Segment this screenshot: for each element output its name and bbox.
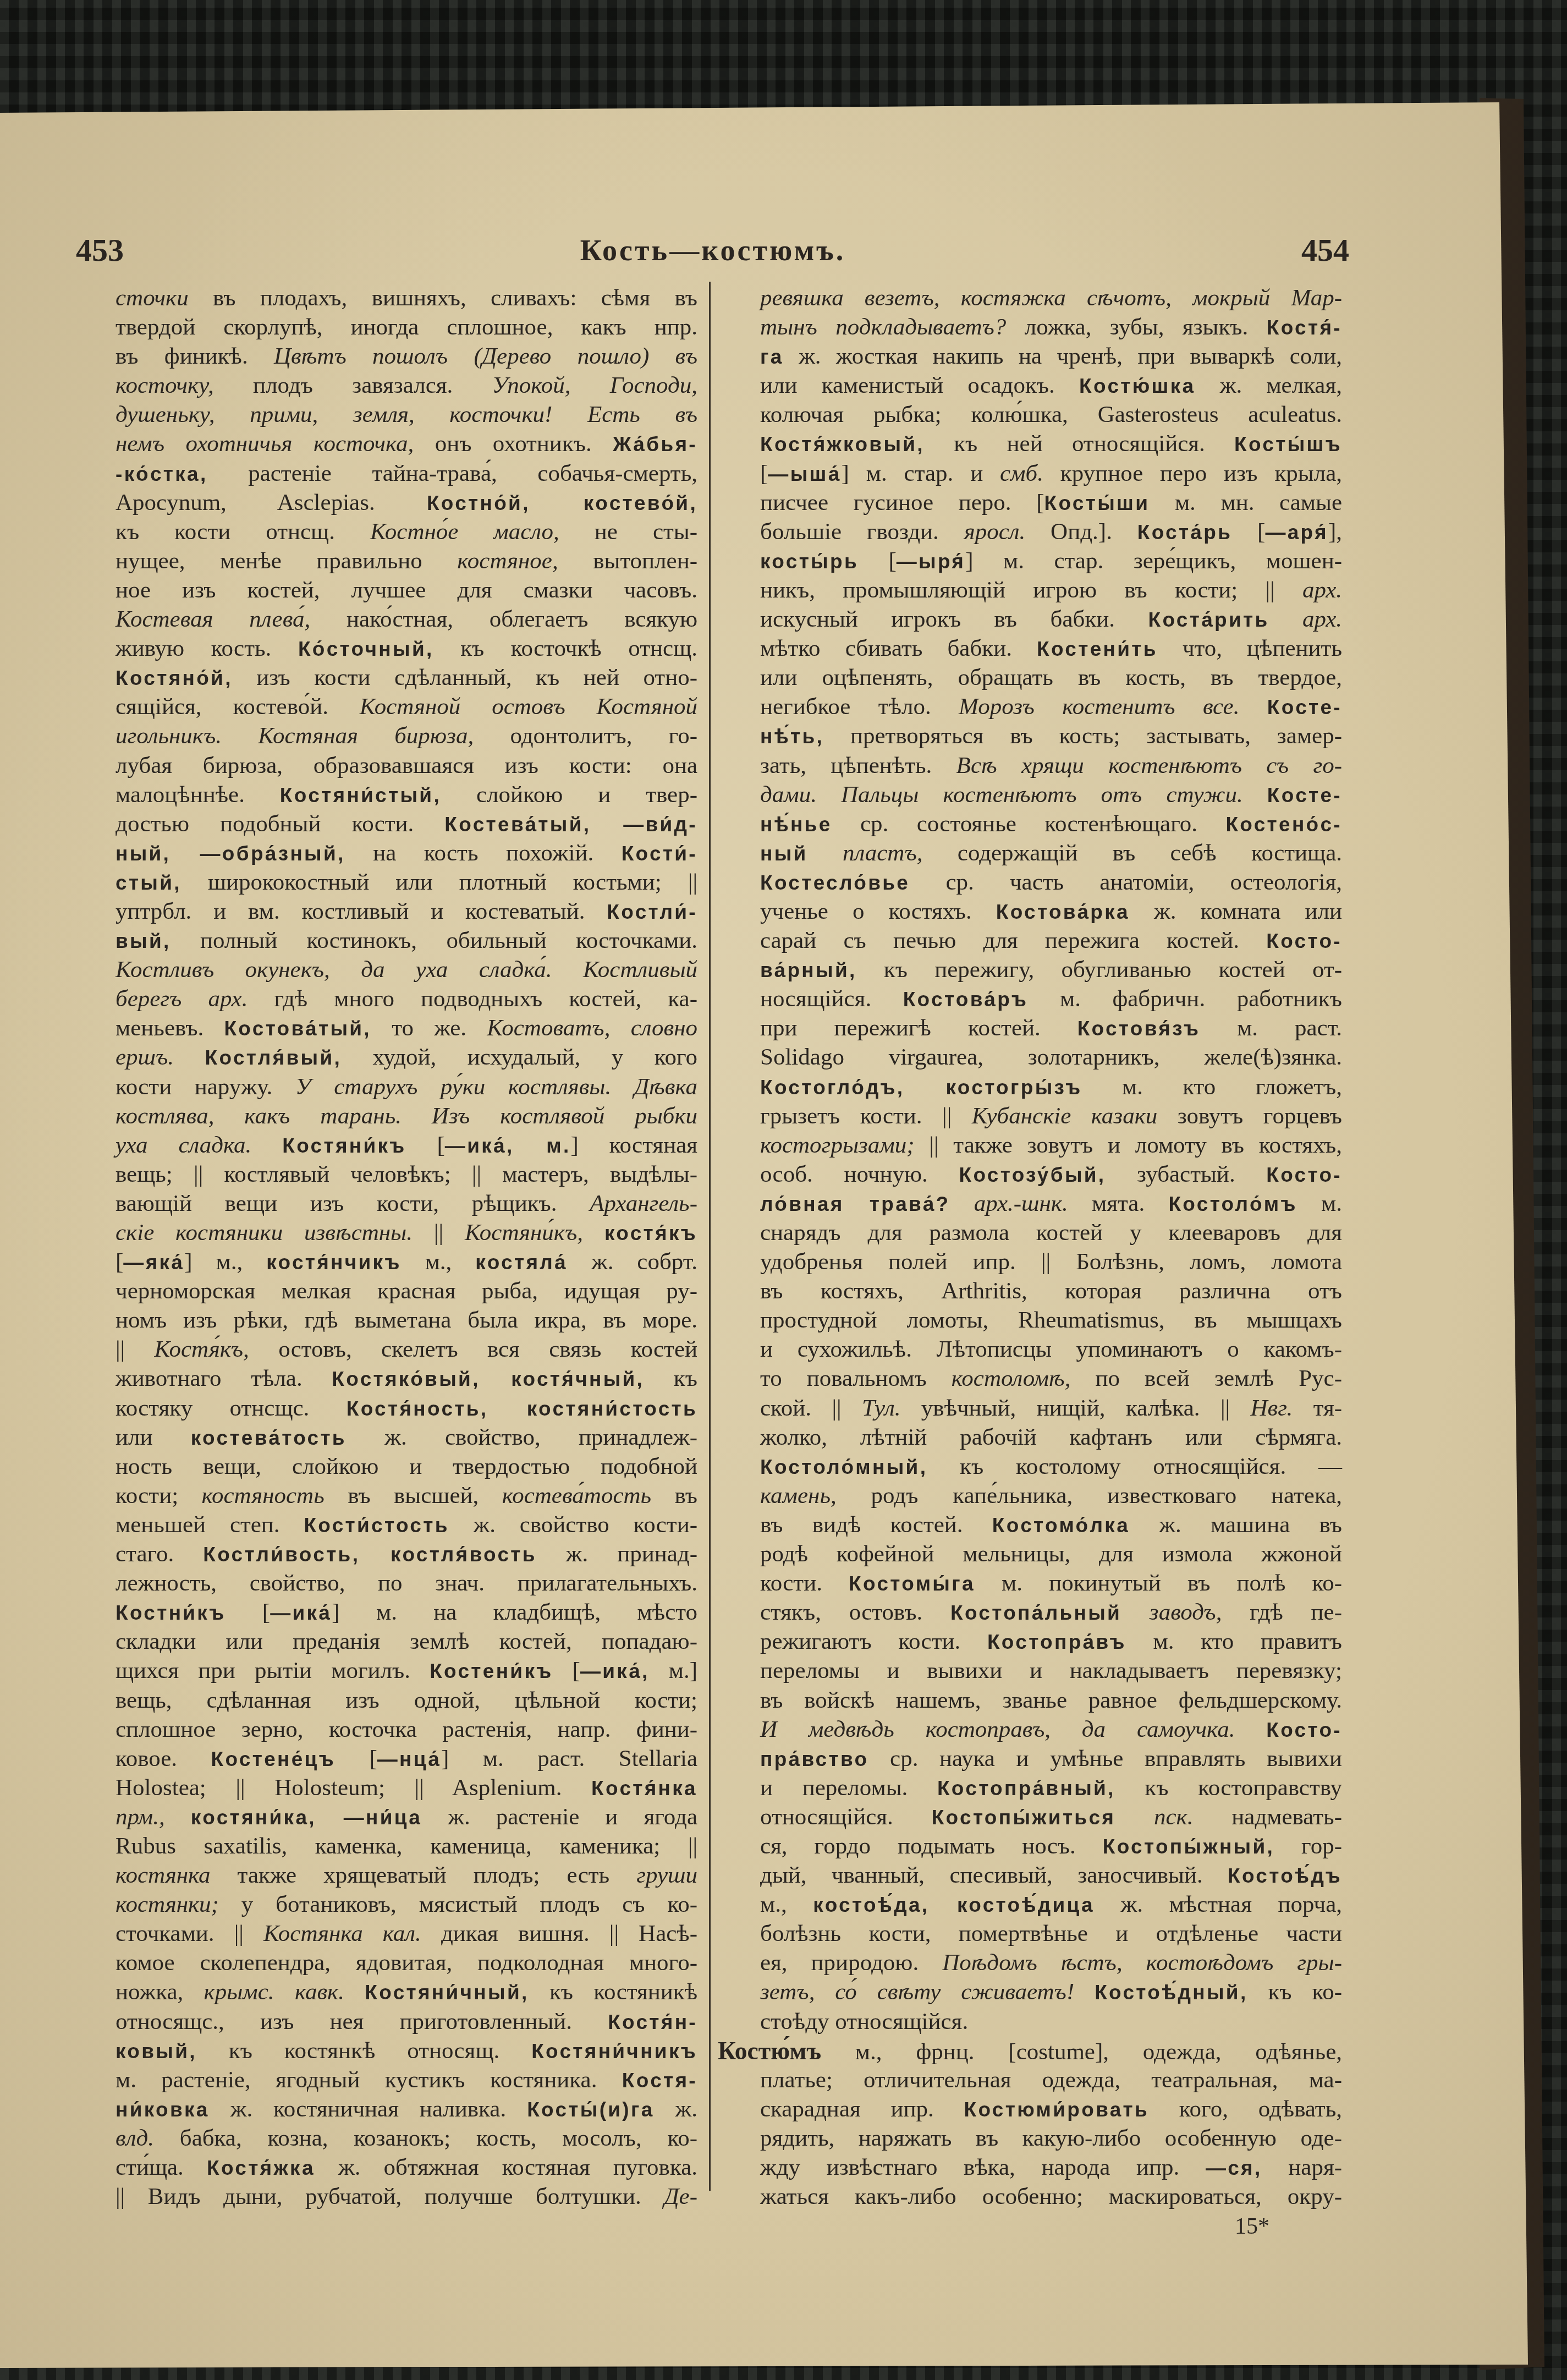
text-line: ревяшка везетъ, костяжка сѣчотъ, мокрый …: [760, 283, 1342, 312]
headword: —ика́,: [580, 1660, 650, 1682]
text-line: и переломы. Костопра́вный, къ костоправс…: [760, 1773, 1342, 1802]
text-line: [—ыша́] м. стар. и смб. крупное перо изъ…: [760, 459, 1342, 488]
text-run: [: [226, 1599, 270, 1625]
text-line: искусный игрокъ въ бабки. Коста́рить арх…: [760, 605, 1342, 634]
text-run: ] м. раст. Stellaria: [441, 1746, 697, 1772]
text-run: ность вещи, слойкою и твердостью подобно…: [116, 1454, 697, 1479]
text-line: немъ охотничья косточка, онъ охотникъ. Ж…: [116, 429, 697, 458]
text-line: ской. || Тул. увѣчный, нищій, калѣка. ||…: [760, 1394, 1342, 1423]
text-run: [1115, 1804, 1154, 1830]
headword: костева́тость: [191, 1427, 347, 1449]
italic-text: камень,: [760, 1483, 837, 1509]
headword: нѣ́нье: [760, 813, 832, 836]
text-run: или каменистый осадокъ.: [760, 372, 1079, 398]
text-run: стякъ, остовъ.: [760, 1599, 950, 1625]
italic-text: костогрызами;: [760, 1132, 915, 1158]
text-run: ж. свойство кости-: [449, 1512, 697, 1538]
text-run: надмевать-: [1193, 1804, 1342, 1830]
text-line: нѣ́нье ср. состоянье костенѣющаго. Косте…: [760, 809, 1342, 838]
italic-text: У старухъ ру́ки костлявы. Дѣвка: [295, 1074, 697, 1100]
text-line: относящійся. Костопы́житься пск. надмева…: [760, 1802, 1342, 1831]
running-title: Кость—костюмъ.: [548, 231, 878, 270]
headword: пра́вство: [760, 1748, 868, 1770]
text-line: костянки; у ботаниковъ, мясистый плодъ с…: [116, 1890, 697, 1919]
headword: га: [760, 346, 784, 368]
text-run: къ ней относящійся.: [925, 431, 1234, 457]
text-line: скіе костяники извѣстны. || Костяни́къ, …: [116, 1218, 697, 1247]
headword: Костя́жка: [207, 2157, 315, 2179]
italic-text: Костя́къ,: [155, 1336, 249, 1362]
text-run: [1239, 694, 1267, 720]
headword: Костени́ть: [1037, 638, 1158, 660]
headword: Костоло́мный,: [760, 1456, 927, 1478]
text-run: удобренья полей ипр. || Болѣзнь, ломъ, л…: [760, 1249, 1342, 1275]
text-line: удобренья полей ипр. || Болѣзнь, ломъ, л…: [760, 1247, 1342, 1276]
headword: Костопы́житься: [932, 1806, 1116, 1829]
italic-text: Костно́е масло,: [370, 519, 559, 545]
headword: Костесло́вье: [760, 871, 910, 894]
headword: Костова́ръ: [903, 988, 1029, 1011]
text-run: или: [116, 1424, 191, 1450]
text-run: увѣчный, нищій, калѣка. ||: [900, 1395, 1250, 1421]
headword: Кости́стость: [304, 1514, 449, 1537]
text-run: въ: [651, 1483, 697, 1509]
text-run: сарай съ печью для пережига костей.: [760, 928, 1266, 953]
text-run: къ костянкѣ относящ.: [197, 2038, 531, 2064]
text-run: ср. наука и умѣнье вправлять вывихи: [868, 1746, 1342, 1772]
headword: Костни́къ: [116, 1602, 226, 1624]
text-run: на кость похожій.: [345, 840, 622, 866]
text-run: Apocynum, Asclepias.: [116, 490, 427, 516]
headword: Костова́тый,: [224, 1017, 371, 1040]
text-run: м. мн. самые: [1150, 490, 1342, 516]
italic-text: Цвѣтъ пошолъ (Дерево пошло) въ: [274, 343, 697, 369]
text-line: уптрбл. и вм. костливый и костеватый. Ко…: [116, 897, 697, 926]
text-run: дый, чванный, спесивый, заносчивый.: [760, 1862, 1228, 1888]
text-line: живую кость. Ко́сточный, къ косточкѣ отн…: [116, 634, 697, 663]
text-line: жду извѣстнаго вѣка, народа ипр. —ся, на…: [760, 2153, 1342, 2182]
text-line: костяку отнсщс. Костя́ность, костяни́сто…: [116, 1394, 697, 1423]
italic-text: Упокой, Господи,: [492, 372, 697, 398]
text-run: къ кости отнсщ.: [116, 519, 370, 545]
text-run: остовъ, скелетъ вся связь костей: [249, 1336, 697, 1362]
italic-text: Костяни́къ,: [465, 1220, 583, 1246]
text-line: колючая рыбка; колю́шка, Gasterosteus ac…: [760, 400, 1342, 429]
text-run: полный костинокъ, обильный косточками.: [171, 928, 697, 953]
headword: Костопра́въ: [987, 1631, 1126, 1653]
headword: Костени́къ: [430, 1660, 553, 1682]
text-run: ж. собрт.: [568, 1249, 697, 1275]
text-run: зовутъ горцевъ: [1157, 1103, 1342, 1129]
headword: нѣ́ть,: [760, 725, 824, 748]
text-line: || Костя́къ, остовъ, скелетъ вся связь к…: [116, 1335, 697, 1364]
text-run: животнаго тѣла.: [116, 1366, 332, 1391]
headword: Костомы́га: [849, 1572, 975, 1595]
text-line: жолко, лѣтній рабочій кафтанъ или сѣрмяг…: [760, 1423, 1342, 1452]
text-line: Костю́мъ м., фрнц. [costume], одежда, од…: [718, 2036, 1342, 2065]
headword: Костя́жковый,: [760, 433, 925, 456]
text-line: кости; костяность въ высшей, костева́тос…: [116, 1481, 697, 1510]
text-line: Костливъ окунекъ, да уха сладка́. Костли…: [116, 955, 697, 984]
text-run: м. растеніе, ягодный кустикъ костяника.: [116, 2067, 622, 2093]
text-run: || также зовутъ и ломоту въ костяхъ,: [915, 1132, 1342, 1158]
text-run: худой, исхудалый, у кого: [342, 1044, 697, 1070]
headword: Костно́й, костево́й,: [427, 492, 697, 514]
text-line: животнаго тѣла. Костяко́вый, костя́чный,…: [116, 1364, 697, 1393]
text-run: ж. жосткая накипь на чренѣ, при вываркѣ …: [784, 343, 1342, 369]
text-line: вый, полный костинокъ, обильный косточка…: [116, 926, 697, 955]
text-run: ] м. на кладбищѣ, мѣсто: [332, 1599, 697, 1625]
text-line: м., костоѣ́да, костоѣ́дица ж. мѣстная по…: [760, 1890, 1342, 1919]
text-run: одонтолитъ, го-: [474, 723, 697, 749]
text-line: въ видѣ костей. Костомо́лка ж. машина въ: [760, 1510, 1342, 1539]
text-line: стый, ширококостный или плотный костьми;…: [116, 868, 697, 897]
text-run: ея, природою.: [760, 1950, 942, 1976]
headword: Костоѣ́дъ: [1228, 1864, 1342, 1887]
text-run: ное изъ костей, лучшее для смазки часовъ…: [116, 577, 697, 603]
text-run: плодъ завязался.: [214, 372, 492, 398]
text-run: у ботаниковъ, мясистый плодъ съ ко-: [219, 1891, 697, 1917]
text-line: большіе гвозди. яросл. Опд.]. Коста́рь […: [760, 517, 1342, 546]
headword: Костя-: [622, 2069, 697, 2092]
text-line: меньевъ. Костова́тый, то же. Костоватъ, …: [116, 1013, 697, 1043]
text-run: костяку отнсщс.: [116, 1395, 347, 1421]
italic-text: тынъ подкладываетъ?: [760, 314, 1006, 340]
text-line: щихся при рытіи могилъ. Костени́къ [—ика…: [116, 1656, 697, 1685]
italic-text: душеньку, прими, земля, косточки! Есть в…: [116, 402, 697, 427]
italic-text: Костливъ окунекъ, да уха сладка́. Костли…: [116, 957, 697, 983]
text-run: что, цѣпенить: [1158, 635, 1342, 661]
headword: Косто-: [1266, 930, 1342, 952]
headword: ковый,: [116, 2040, 197, 2063]
italic-text: костяное,: [457, 548, 558, 574]
headword: косты́рь: [760, 550, 859, 573]
text-run: Holostea; || Holosteum; || Asplenium.: [116, 1775, 591, 1801]
text-line: носящійся. Костова́ръ м. фабричн. работн…: [760, 984, 1342, 1013]
text-line: нущее, менѣе правильно костяное, вытопле…: [116, 546, 697, 575]
text-run: || Видъ дыни, рубчатой, получше болтушки…: [116, 2184, 664, 2209]
text-line: складки или преданія землѣ костей, попад…: [116, 1627, 697, 1656]
italic-text: Костянка кал.: [263, 1921, 421, 1946]
text-line: дами. Пальцы костенѣютъ отъ стужи. Косте…: [760, 780, 1342, 809]
headword: Костя́ность, костяни́стость: [347, 1397, 697, 1420]
text-run: никъ, промышляющій игрою въ кости; ||: [760, 577, 1302, 603]
text-run: растеніе тайна-трава́, собачья-смерть,: [208, 460, 697, 486]
right-column: ревяшка везетъ, костяжка сѣчотъ, мокрый …: [760, 283, 1342, 2036]
headword: Костяни́стый,: [280, 784, 441, 807]
text-run: сточками. ||: [116, 1921, 263, 1946]
text-run: [1269, 606, 1302, 632]
headword: костя́нчикъ: [266, 1251, 402, 1274]
text-run: ж. растеніе и ягода: [422, 1804, 697, 1830]
text-run: малоцѣннѣе.: [116, 782, 280, 808]
text-run: [1243, 782, 1267, 808]
text-run: м.,: [760, 1891, 813, 1917]
headword: Костогло́дъ, костогры́зъ: [760, 1076, 1082, 1099]
text-line: Костяно́й, изъ кости сдѣланный, къ ней о…: [116, 663, 697, 692]
text-run: м. покинутый въ полѣ ко-: [975, 1570, 1342, 1596]
text-line: достью подобный кости. Костева́тый, —ви́…: [116, 809, 697, 838]
text-run: кости наружу.: [116, 1074, 295, 1100]
text-line: мѣтко сбивать бабки. Костени́ть что, цѣп…: [760, 634, 1342, 663]
text-line: негибкое тѣло. Морозъ костенитъ все. Кос…: [760, 692, 1342, 721]
headword: —ыря́: [897, 550, 966, 573]
text-run: изъ кости сдѣланный, къ ней отно-: [233, 665, 697, 690]
text-run: кого, одѣвать,: [1149, 2096, 1342, 2122]
text-run: Rubus saxatilis, каменка, каменица, каме…: [116, 1833, 697, 1859]
main-headword: Костю́мъ: [718, 2037, 821, 2065]
headword: Костопы́жный,: [1103, 1835, 1274, 1858]
headword: ный: [760, 842, 808, 865]
text-run: [: [553, 1658, 580, 1683]
text-run: большіе гвозди.: [760, 519, 964, 545]
text-run: вытоплен-: [558, 548, 697, 574]
text-line: или каменистый осадокъ. Костю́шка ж. мел…: [760, 371, 1342, 400]
text-run: къ костоправству: [1115, 1775, 1342, 1801]
text-run: наря-: [1262, 2154, 1342, 2180]
text-line: рядить, наряжать въ какую-либо особенную…: [760, 2124, 1342, 2153]
headword: Костяни́къ: [282, 1134, 406, 1157]
text-line: платье; отличительная одежда, театральна…: [760, 2065, 1342, 2094]
text-run: ],: [1328, 519, 1342, 545]
text-run: ж. мелкая,: [1195, 372, 1342, 398]
text-run: ковое.: [116, 1746, 211, 1772]
italic-text: сточки: [116, 285, 189, 311]
headword: ло́вная трава́?: [760, 1193, 950, 1215]
headword: Ко́сточный,: [298, 638, 434, 660]
text-run: ] м.,: [184, 1249, 266, 1275]
text-run: то повальномъ: [760, 1366, 952, 1391]
text-run: негибкое тѣло.: [760, 694, 959, 720]
text-line: болѣзнь кости, помертвѣнье и отдѣленье ч…: [760, 1919, 1342, 1948]
text-run: [950, 1191, 974, 1216]
headword: Косты́шъ: [1234, 433, 1342, 456]
text-line: Holostea; || Holosteum; || Asplenium. Ко…: [116, 1773, 697, 1802]
text-line: кости. Костомы́га м. покинутый въ полѣ к…: [760, 1569, 1342, 1598]
italic-text: Нвг.: [1251, 1395, 1293, 1421]
headword: Костяни́чникъ: [531, 2040, 697, 2063]
text-line: въ войскѣ нашемъ, званье равное фельдшер…: [760, 1686, 1342, 1715]
text-line: ученье о костяхъ. Костова́рка ж. комната…: [760, 897, 1342, 926]
headword: ный, —обра́зный,: [116, 842, 345, 865]
headword: Костопа́льный: [950, 1602, 1121, 1624]
text-run: къ костяникѣ: [529, 1979, 697, 2005]
italic-text: заводъ,: [1150, 1599, 1222, 1625]
text-run: при пережигѣ костей.: [760, 1015, 1077, 1041]
text-run: Опд.].: [1025, 519, 1137, 545]
text-line: въ костяхъ, Arthritis, которая различна …: [760, 1276, 1342, 1306]
text-line: ва́рный, къ пережигу, обугливанью костей…: [760, 955, 1342, 984]
text-run: ] костяная: [571, 1132, 697, 1158]
text-run: жду извѣстнаго вѣка, народа ипр.: [760, 2154, 1206, 2180]
italic-text: Архангель-: [590, 1191, 697, 1216]
text-run: черноморская мелкая красная рыба, идущая…: [116, 1278, 697, 1304]
text-run: въ плодахъ, вишняхъ, сливахъ: сѣмя въ: [189, 285, 697, 311]
headword: Костли́вость, костля́вость: [203, 1543, 536, 1566]
page-number-left: 453: [76, 231, 124, 270]
headword: Кости́-: [622, 842, 697, 865]
text-run: комое сколепендра, ядовитая, подколодная…: [116, 1950, 697, 1976]
text-run: [: [406, 1132, 445, 1158]
text-run: меньшей степ.: [116, 1512, 304, 1538]
italic-text: арх.: [1302, 606, 1342, 632]
text-run: къ костолому относящійся. —: [927, 1454, 1342, 1479]
italic-text: арх.: [1302, 577, 1342, 603]
headword: Костозу́бый,: [959, 1164, 1106, 1186]
text-line: ея, природою. Поѣдомъ ѣстъ, костоѣдомъ г…: [760, 1948, 1342, 1977]
text-line: писчее гусиное перо. [Косты́ши м. мн. са…: [760, 488, 1342, 517]
text-run: ложка, зубы, языкъ.: [1006, 314, 1266, 340]
headword: Костяно́й,: [116, 667, 233, 689]
headword: костяла́: [475, 1251, 568, 1274]
text-run: [1074, 1979, 1095, 2005]
headword: Косте-: [1267, 784, 1342, 807]
italic-text: пск.: [1154, 1804, 1193, 1830]
italic-text: ершъ.: [116, 1044, 205, 1070]
entry-kostyum: Костю́мъ м., фрнц. [costume], одежда, од…: [760, 2036, 1342, 2212]
text-line: простудной ломоты, Rheumatismus, въ мышц…: [760, 1306, 1342, 1335]
text-run: достью подобный кости.: [116, 811, 444, 837]
text-run: ской. ||: [760, 1395, 862, 1421]
text-run: ся, гордо подымать носъ.: [760, 1833, 1103, 1859]
text-line: стоѣду относящійся.: [760, 2007, 1342, 2036]
text-line: снарядъ для размола костей у клееваровъ …: [760, 1218, 1342, 1247]
text-line: при пережигѣ костей. Костовя́зъ м. раст.: [760, 1013, 1342, 1043]
text-line: то повальномъ костоломѣ, по всей землѣ Р…: [760, 1364, 1342, 1393]
text-line: костлява, какъ тарань. Изъ костлявой рыб…: [116, 1101, 697, 1131]
italic-text: костянки;: [116, 1891, 219, 1917]
text-line: уха сладка. Костяни́къ [—ика́, м.] костя…: [116, 1131, 697, 1160]
italic-text: прм.,: [116, 1804, 165, 1830]
text-line: сти́ща. Костя́жка ж. обтяжная костяная п…: [116, 2153, 697, 2182]
text-line: -ко́стка, растеніе тайна-трава́, собачья…: [116, 459, 697, 488]
text-line: ершъ. Костля́вый, худой, исхудалый, у ко…: [116, 1043, 697, 1072]
headword: Костева́тый, —ви́д-: [444, 813, 697, 836]
text-run: жаться какъ-либо особенно; маскироваться…: [760, 2184, 1342, 2209]
text-run: родъ капе́льника, известковаго натека,: [837, 1483, 1342, 1509]
text-run: живую кость.: [116, 635, 298, 661]
text-line: душеньку, прими, земля, косточки! Есть в…: [116, 400, 697, 429]
headword: Костя́-: [1267, 316, 1342, 339]
text-run: то же.: [371, 1015, 487, 1041]
italic-text: Костевая плева́,: [116, 606, 310, 632]
text-run: въ костяхъ, Arthritis, которая различна …: [760, 1278, 1342, 1304]
text-line: Solidago virgaurea, золотарникъ, желе(ѣ)…: [760, 1043, 1342, 1072]
italic-text: косточку,: [116, 372, 214, 398]
text-run: ||: [116, 1336, 155, 1362]
text-run: скарадная ипр.: [760, 2096, 964, 2122]
text-run: въ финикѣ.: [116, 343, 274, 369]
italic-text: крымс. кавк.: [204, 1979, 344, 2005]
text-run: щихся при рытіи могилъ.: [116, 1658, 430, 1683]
text-line: пра́вство ср. наука и умѣнье вправлять в…: [760, 1744, 1342, 1773]
headword: —ика́: [270, 1602, 332, 1624]
text-line: Костни́къ [—ика́] м. на кладбищѣ, мѣсто: [116, 1598, 697, 1627]
headword: Костю́шка: [1079, 375, 1195, 397]
text-run: лежность, свойство, по знач. прилагатель…: [116, 1570, 697, 1596]
text-line: сплошное зерно, косточка растенія, напр.…: [116, 1715, 697, 1744]
headword: Костюми́ровать: [964, 2098, 1150, 2121]
text-run: кости.: [760, 1570, 849, 1596]
text-line: черноморская мелкая красная рыба, идущая…: [116, 1276, 697, 1306]
headword: вый,: [116, 930, 171, 952]
italic-text: Морозъ костенитъ все.: [959, 694, 1239, 720]
headword: Косте-: [1267, 696, 1342, 719]
headword: костоѣ́да, костоѣ́дица: [813, 1894, 1095, 1916]
text-run: м.: [1297, 1191, 1342, 1216]
headword: Косто-: [1266, 1164, 1342, 1186]
text-line: ное изъ костей, лучшее для смазки часовъ…: [116, 575, 697, 605]
headword: Костоло́мъ: [1168, 1193, 1297, 1215]
italic-text: влд.: [116, 2125, 154, 2151]
text-run: носящійся.: [760, 986, 903, 1012]
text-run: крупное перо изъ крыла,: [1043, 460, 1342, 486]
text-line: вещь; || костлявый человѣкъ; || мастеръ,…: [116, 1160, 697, 1189]
text-run: мята.: [1068, 1191, 1169, 1216]
headword: Коста́рь: [1137, 521, 1233, 544]
text-run: ср. состоянье костенѣющаго.: [832, 811, 1226, 837]
italic-text: костянка: [116, 1862, 211, 1888]
text-line: ный, —обра́зный, на кость похожій. Кости…: [116, 838, 697, 868]
headword: Костомо́лка: [992, 1514, 1130, 1537]
text-line: малоцѣннѣе. Костяни́стый, слойкою и твер…: [116, 780, 697, 809]
headword: Костова́рка: [996, 901, 1130, 923]
text-run: [1235, 1717, 1266, 1742]
text-run: въ высшей,: [325, 1483, 502, 1509]
italic-text: зетъ, со́ свѣту сживаетъ!: [760, 1979, 1074, 2005]
headword: Костяни́чный,: [365, 1981, 529, 2004]
text-run: м.,: [402, 1249, 476, 1275]
text-run: и сухожильѣ. Лѣтописцы упоминаютъ о како…: [760, 1336, 1342, 1362]
text-line: [—яка́] м., костя́нчикъ м., костяла́ ж. …: [116, 1247, 697, 1276]
italic-text: Всѣ хрящи костенѣютъ съ го-: [956, 753, 1342, 778]
text-run: [: [760, 460, 768, 486]
text-run: гор-: [1274, 1833, 1342, 1859]
text-run: ср. часть анатоміи, остеологія,: [910, 869, 1342, 895]
text-run: режигаютъ кости.: [760, 1628, 987, 1654]
text-run: ж. костяничная наливка.: [210, 2096, 527, 2122]
text-run: ] м. стар. и: [842, 460, 1000, 486]
text-line: лежность, свойство, по знач. прилагатель…: [116, 1569, 697, 1598]
text-run: вающій вещи изъ кости, рѣщикъ.: [116, 1191, 590, 1216]
text-run: искусный игрокъ въ бабки.: [760, 606, 1148, 632]
text-run: ж. принад-: [537, 1541, 697, 1567]
text-line: берегъ арх. гдѣ много подводныхъ костей,…: [116, 984, 697, 1013]
text-line: игольникъ. Костяная бирюза, одонтолитъ, …: [116, 721, 697, 750]
text-run: ширококостный или плотный костьми; ||: [182, 869, 697, 895]
text-line: сточками. || Костянка кал. дикая вишня. …: [116, 1919, 697, 1948]
text-line: особ. ночную. Костозу́бый, зубастый. Кос…: [760, 1160, 1342, 1189]
text-line: кости наружу. У старухъ ру́ки костлявы. …: [116, 1072, 697, 1101]
text-run: м. фабричн. работникъ: [1028, 986, 1342, 1012]
text-run: не сты-: [559, 519, 697, 545]
text-run: меньевъ.: [116, 1015, 224, 1041]
text-run: рядить, наряжать въ какую-либо особенную…: [760, 2125, 1342, 2151]
text-line: Rubus saxatilis, каменка, каменица, каме…: [116, 1831, 697, 1861]
italic-text: берегъ арх.: [116, 986, 248, 1012]
text-line: меньшей степ. Кости́стость ж. свойство к…: [116, 1510, 697, 1539]
headword: Косто-: [1266, 1719, 1342, 1741]
text-line: костогрызами; || также зовутъ и ломоту в…: [760, 1131, 1342, 1160]
headword: Костене́цъ: [211, 1748, 336, 1770]
text-run: дикая вишня. || Насѣ-: [421, 1921, 697, 1946]
headword: Костя́нка: [591, 1777, 697, 1800]
headword: —нца́: [377, 1748, 441, 1770]
text-run: особ. ночную.: [760, 1161, 959, 1187]
text-run: или оцѣпенять, обращать въ кость, въ тве…: [760, 665, 1342, 690]
text-run: м. кто правитъ: [1126, 1628, 1342, 1654]
text-run: кости;: [116, 1483, 202, 1509]
